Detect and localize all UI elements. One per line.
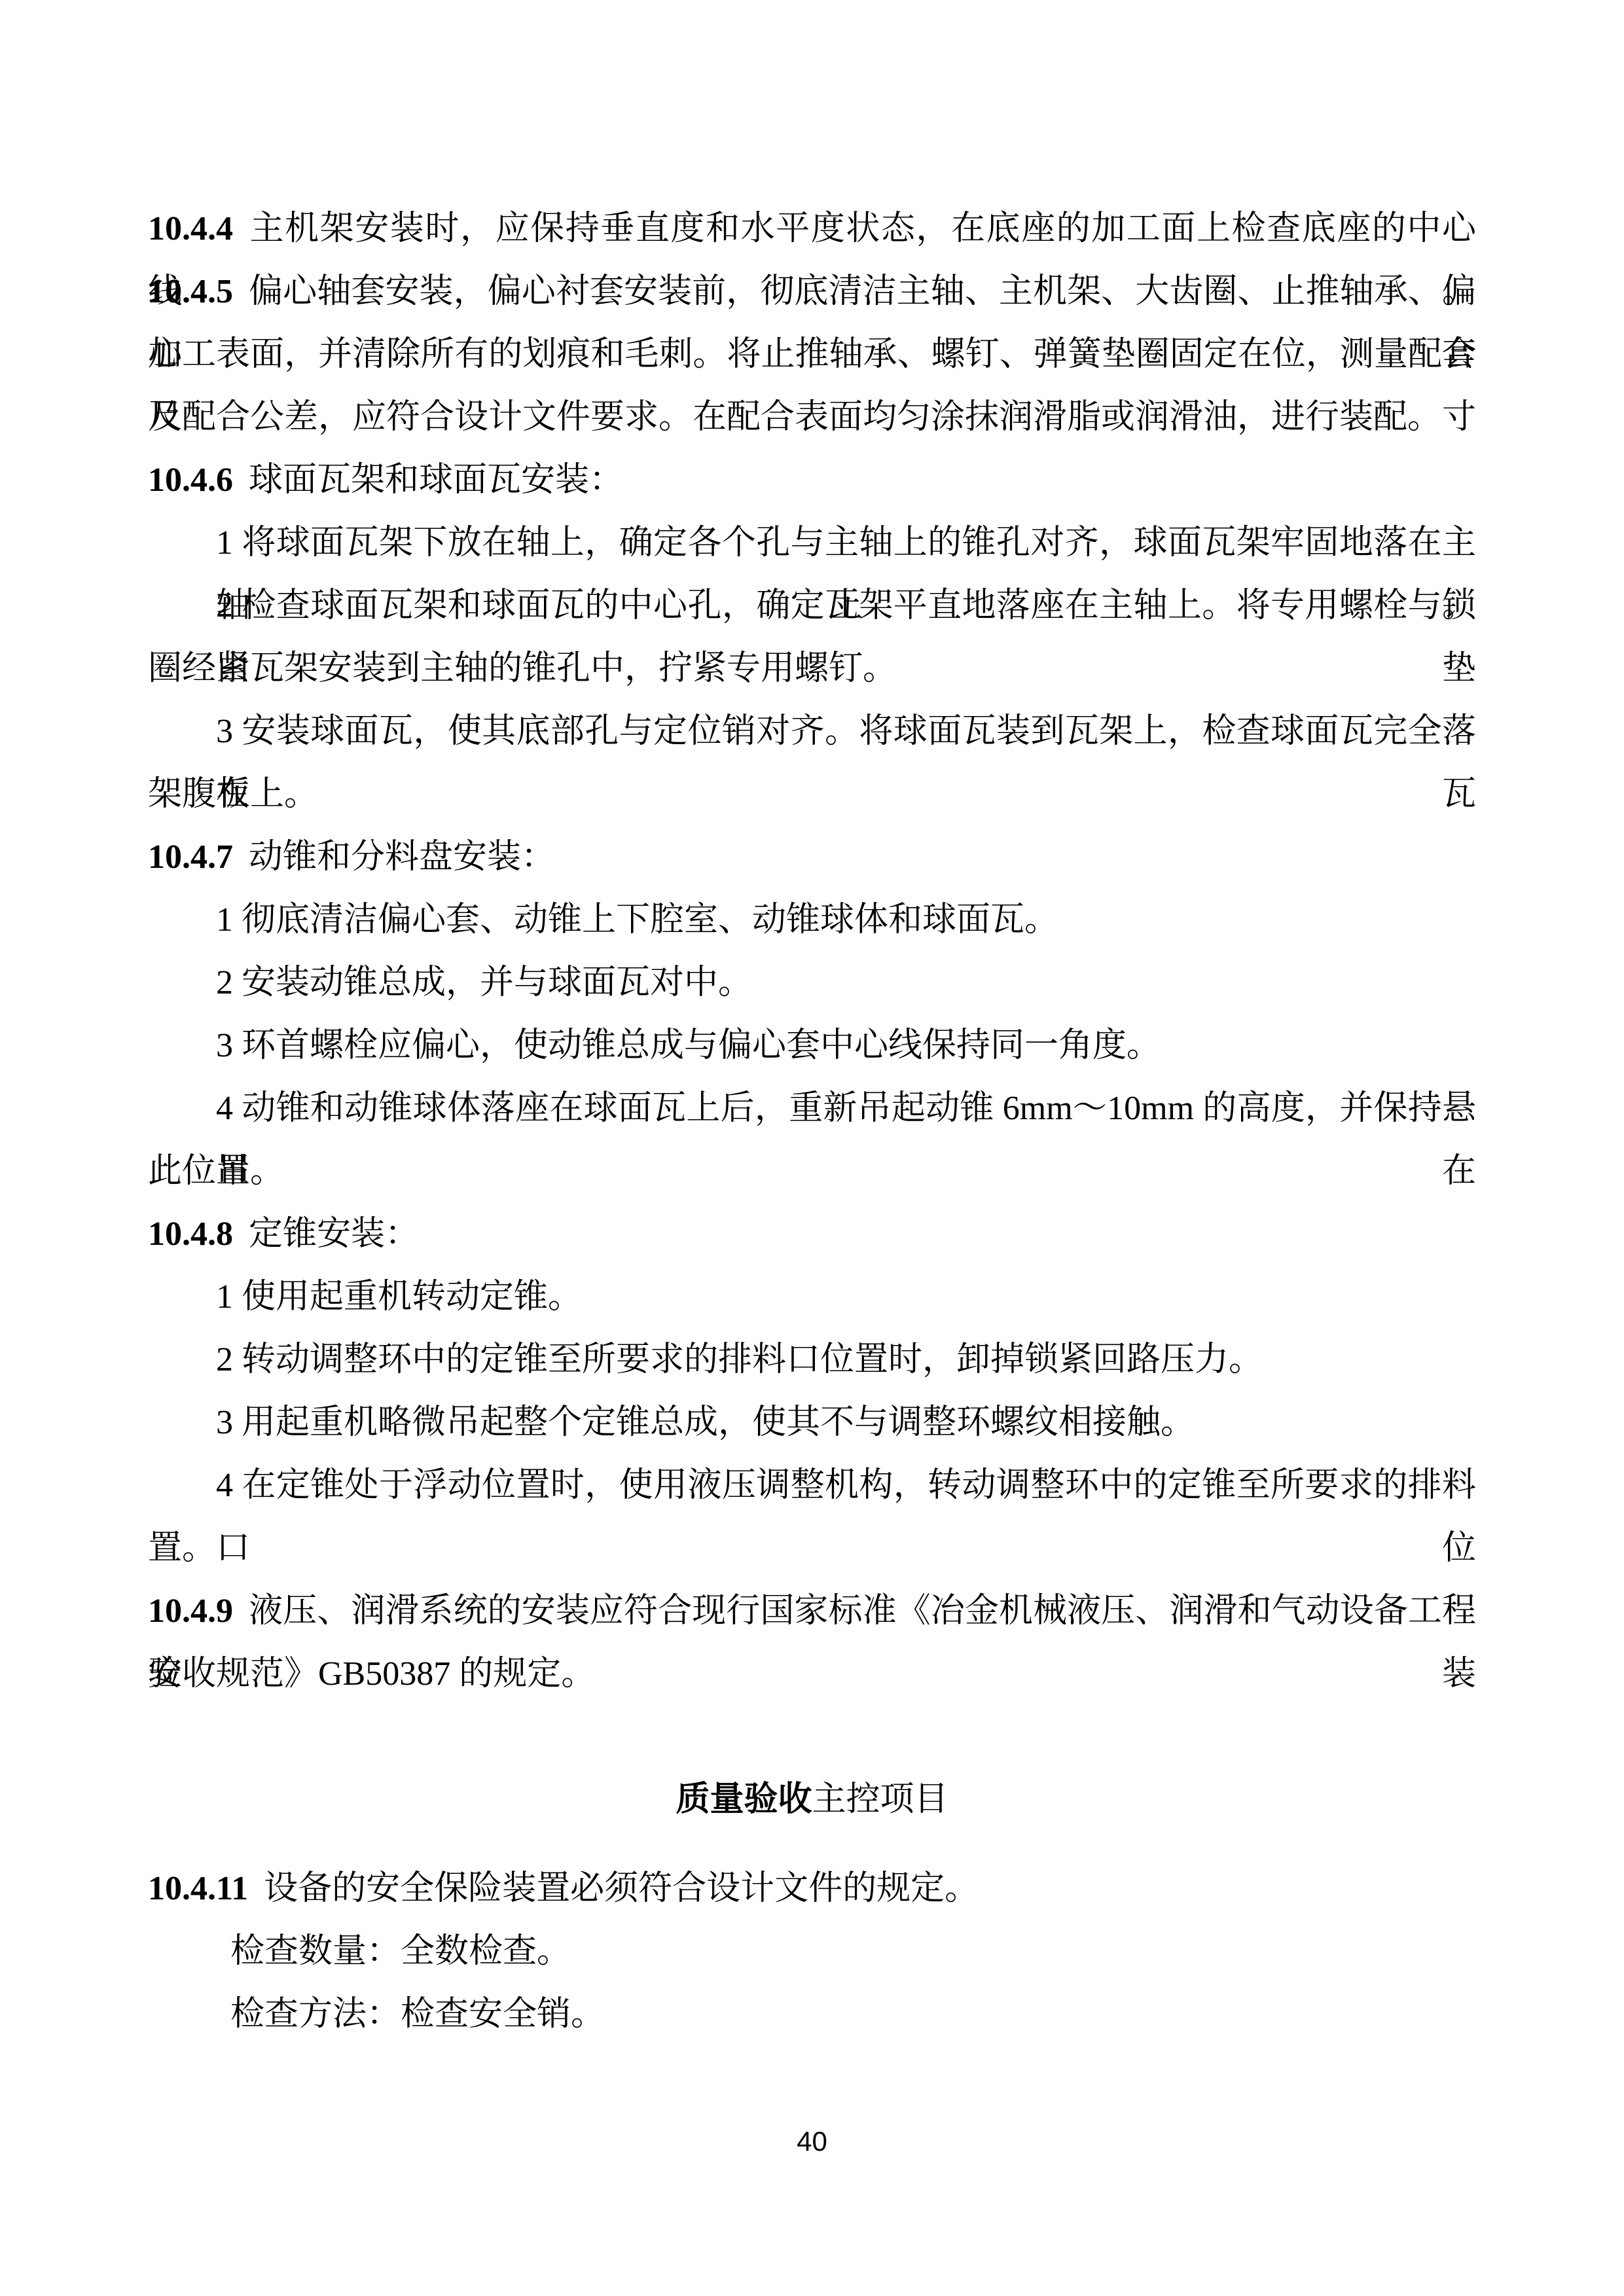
- list-item-line: 1 彻底清洁偏心套、动锥上下腔室、动锥球体和球面瓦。: [148, 889, 1476, 952]
- section-number: 10.4.11: [148, 1870, 248, 1907]
- paragraph-line: 10.4.9液压、润滑系统的安装应符合现行国家标准《冶金机械液压、润滑和气动设备…: [148, 1580, 1476, 1643]
- line-text: 置。: [148, 1530, 216, 1567]
- list-item-line: 2 转动调整环中的定锥至所要求的排料口位置时，卸掉锁紧回路压力。: [148, 1329, 1476, 1391]
- list-item-line: 3 安装球面瓦，使其底部孔与定位销对齐。将球面瓦装到瓦架上，检查球面瓦完全落在瓦: [148, 700, 1476, 763]
- list-item-line: 1 使用起重机转动定锥。: [148, 1266, 1476, 1329]
- line-text: 检查方法：检查安全销。: [230, 1996, 605, 2033]
- quality-acceptance-heading: 质量验收主控项目: [148, 1768, 1476, 1831]
- paragraph-line: 10.4.5偏心轴套安装，偏心衬套安装前，彻底清洁主轴、主机架、大齿圈、止推轴承…: [148, 260, 1476, 323]
- line-text: 4 动锥和动锥球体落座在球面瓦上后，重新吊起动锥 6mm～10mm 的高度，并保…: [216, 1090, 1476, 1190]
- list-item-line: 3 环首螺栓应偏心，使动锥总成与偏心套中心线保持同一角度。: [148, 1014, 1476, 1077]
- heading-bold-text: 质量验收: [676, 1781, 812, 1818]
- paragraph-line: 及配合公差，应符合设计文件要求。在配合表面均匀涂抹润滑脂或润滑油，进行装配。: [148, 386, 1476, 449]
- line-text: 1 使用起重机转动定锥。: [216, 1278, 582, 1316]
- list-item-line: 2 检查球面瓦架和球面瓦的中心孔，确定瓦架平直地落座在主轴上。将专用螺栓与锁紧垫: [148, 575, 1476, 637]
- line-text: 此位置。: [148, 1153, 284, 1190]
- list-item-line: 4 动锥和动锥球体落座在球面瓦上后，重新吊起动锥 6mm～10mm 的高度，并保…: [148, 1077, 1476, 1140]
- line-text: 检查数量：全数检查。: [230, 1933, 571, 1970]
- paragraph-line: 10.4.4主机架安装时，应保持垂直度和水平度状态，在底座的加工面上检查底座的中…: [148, 198, 1476, 260]
- list-item-line: 4 在定锥处于浮动位置时，使用液压调整机构，转动调整环中的定锥至所要求的排料口位: [148, 1454, 1476, 1517]
- line-text: 圈经由瓦架安装到主轴的锥孔中，拧紧专用螺钉。: [148, 650, 897, 687]
- line-text: 设备的安全保险装置必须符合设计文件的规定。: [264, 1870, 979, 1907]
- paragraph-line: 加工表面，并清除所有的划痕和毛刺。将止推轴承、螺钉、弹簧垫圈固定在位，测量配合尺…: [148, 323, 1476, 386]
- line-text: 2 转动调整环中的定锥至所要求的排料口位置时，卸掉锁紧回路压力。: [216, 1341, 1263, 1378]
- section-number: 10.4.5: [148, 273, 233, 310]
- section-title-line: 10.4.6球面瓦架和球面瓦安装：: [148, 449, 1476, 512]
- line-text: 球面瓦架和球面瓦安装：: [249, 461, 623, 499]
- line-text: 2 安装动锥总成，并与球面瓦对中。: [216, 964, 752, 1001]
- line-text: 架腹板上。: [148, 776, 318, 813]
- line-text: 验收规范》GB50387 的规定。: [148, 1655, 595, 1693]
- section-number: 10.4.4: [148, 210, 233, 247]
- line-text: 4 在定锥处于浮动位置时，使用液压调整机构，转动调整环中的定锥至所要求的排料口位: [216, 1467, 1476, 1567]
- document-body: 10.4.4主机架安装时，应保持垂直度和水平度状态，在底座的加工面上检查底座的中…: [0, 0, 1624, 2046]
- heading-regular-text: 主控项目: [812, 1781, 948, 1818]
- section-number: 10.4.9: [148, 1592, 233, 1630]
- section-number: 10.4.6: [148, 461, 233, 499]
- line-text: 3 用起重机略微吊起整个定锥总成，使其不与调整环螺纹相接触。: [216, 1404, 1195, 1441]
- section-title-line: 10.4.7动锥和分料盘安装：: [148, 826, 1476, 889]
- line-text: 动锥和分料盘安装：: [249, 838, 555, 876]
- list-item-line: 3 用起重机略微吊起整个定锥总成，使其不与调整环螺纹相接触。: [148, 1391, 1476, 1454]
- list-item-line: 1 将球面瓦架下放在轴上，确定各个孔与主轴上的锥孔对齐，球面瓦架牢固地落在主轴上…: [148, 512, 1476, 575]
- list-item-line: 2 安装动锥总成，并与球面瓦对中。: [148, 952, 1476, 1014]
- section-title-line: 10.4.8定锥安装：: [148, 1203, 1476, 1266]
- page-number: 40: [0, 2126, 1624, 2157]
- line-text: 3 安装球面瓦，使其底部孔与定位销对齐。将球面瓦装到瓦架上，检查球面瓦完全落在瓦: [216, 713, 1476, 813]
- paragraph-line: 10.4.11设备的安全保险装置必须符合设计文件的规定。: [148, 1857, 1476, 1920]
- section-number: 10.4.7: [148, 838, 233, 876]
- line-text: 定锥安装：: [249, 1215, 419, 1253]
- line-text: 3 环首螺栓应偏心，使动锥总成与偏心套中心线保持同一角度。: [216, 1027, 1161, 1064]
- line-text: 及配合公差，应符合设计文件要求。在配合表面均匀涂抹润滑脂或润滑油，进行装配。: [148, 399, 1441, 436]
- inspection-quantity-line: 检查数量：全数检查。: [148, 1920, 1476, 1983]
- inspection-method-line: 检查方法：检查安全销。: [148, 1983, 1476, 2046]
- line-text: 1 彻底清洁偏心套、动锥上下腔室、动锥球体和球面瓦。: [216, 901, 1058, 939]
- section-number: 10.4.8: [148, 1215, 233, 1253]
